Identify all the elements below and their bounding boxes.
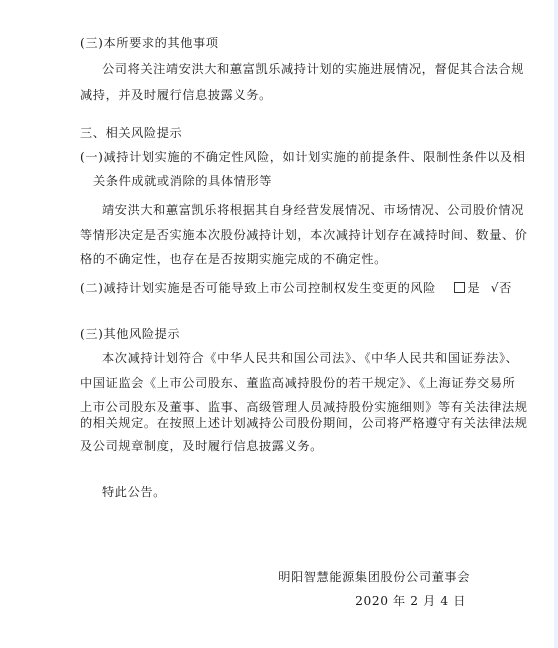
risk-1-heading: (一)减持计划实施的不确定性风险，如计划实施的前提条件、限制性条件以及相 xyxy=(80,149,500,165)
option-no: √否 xyxy=(491,280,512,296)
paragraph-line: 的相关规定。在按照上述计划减持公司股份期间，公司将严格遵守有关法律法规 xyxy=(80,415,500,431)
risk-1-heading-cont: 关条件成就或消除的具体情形等 xyxy=(93,173,513,189)
document-page: (三)本所要求的其他事项 公司将关注靖安洪大和蕙富凯乐减持计划的实施进展情况，督… xyxy=(0,0,554,648)
option-yes: 是 xyxy=(454,280,480,296)
paragraph-line: 减持，并及时履行信息披露义务。 xyxy=(80,87,500,103)
closing-text: 特此公告。 xyxy=(102,484,522,500)
signature: 明阳智慧能源集团股份公司董事会 xyxy=(278,569,470,585)
checkmark-icon: √ xyxy=(491,281,499,295)
risk-heading: 三、相关风险提示 xyxy=(80,125,500,141)
paragraph-line: 格的不确定性，也存在是否按期实施完成的不确定性。 xyxy=(80,251,500,267)
paragraph-line: 公司将关注靖安洪大和蕙富凯乐减持计划的实施进展情况，督促其合法合规 xyxy=(102,61,522,77)
paragraph-line: 中国证监会《上市公司股东、董监高减持股份的若干规定》、《上海证券交易所 xyxy=(80,375,500,391)
scrollbar-track[interactable] xyxy=(554,0,558,648)
paragraph-line: 等情形决定是否实施本次股份减持计划，本次减持计划存在减持时间、数量、价 xyxy=(80,227,500,243)
risk-2-line: (二)减持计划实施是否可能导致上市公司控制权发生变更的风险 是 √否 xyxy=(80,280,500,296)
date: 2020 年 2 月 4 日 xyxy=(355,593,466,609)
risk-3-heading: (三)其他风险提示 xyxy=(80,326,500,342)
paragraph-line: 上市公司股东及董事、监事、高级管理人员减持股份实施细则》等有关法律法规 xyxy=(80,399,500,415)
checkbox-empty-icon xyxy=(454,282,465,293)
paragraph-line: 及公司规章制度，及时履行信息披露义务。 xyxy=(80,438,500,454)
section-3-heading: (三)本所要求的其他事项 xyxy=(80,35,500,51)
risk-2-text: (二)减持计划实施是否可能导致上市公司控制权发生变更的风险 xyxy=(80,281,436,295)
paragraph-line: 靖安洪大和蕙富凯乐将根据其自身经营发展情况、市场情况、公司股价情况 xyxy=(102,202,522,218)
paragraph-line: 本次减持计划符合《中华人民共和国公司法》、《中华人民共和国证券法》、 xyxy=(102,350,522,366)
